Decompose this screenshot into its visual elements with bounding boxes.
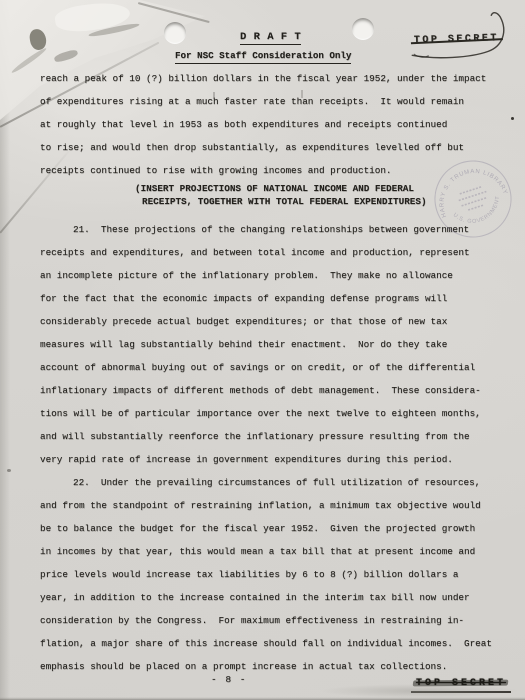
page-number: - 8 - <box>211 674 247 685</box>
document-page: D R A F T TOP SECRET For NSC Staff Consi… <box>0 0 525 700</box>
draft-heading: D R A F T <box>240 31 301 45</box>
text-line: be to balance the budget for the fiscal … <box>40 517 512 540</box>
top-secret-stamp-top: TOP SECRET <box>414 27 515 64</box>
text-line: and will substantially reenforce the inf… <box>40 425 512 448</box>
text-line: inflationary impacts of different method… <box>40 379 512 402</box>
subtitle-heading: For NSC Staff Consideration Only <box>175 50 351 64</box>
pencil-tick <box>301 90 303 98</box>
text-line: at roughly that level in 1953 as both ex… <box>40 113 512 136</box>
text-line: an incomplete picture of the inflationar… <box>40 264 512 287</box>
text-line: price levels would increase tax liabilit… <box>40 563 512 586</box>
text-line: account of abnormal buying out of saving… <box>40 356 512 379</box>
document-body: reach a peak of 10 (?) billion dollars i… <box>40 67 512 678</box>
text-line: to rise; and would then drop substantial… <box>40 136 512 159</box>
text-line: tions will be of particular importance o… <box>40 402 512 425</box>
text-line: very rapid rate of increase in governmen… <box>40 448 512 471</box>
text-line: of expenditures rising at a much faster … <box>40 90 512 113</box>
stamp-arc-bottom-text: U.S. GOVERNMENT <box>450 194 508 232</box>
text-line: and from the standpoint of restraining i… <box>40 494 512 517</box>
text-line: considerably precede actual budget expen… <box>40 310 512 333</box>
scan-smudge <box>320 684 520 698</box>
ink-speck <box>511 117 514 120</box>
text-line: flation, a major share of this increase … <box>40 632 512 655</box>
text-line: year, in addition to the increase contai… <box>40 586 512 609</box>
text-line: consideration by the Congress. For maxim… <box>40 609 512 632</box>
punch-hole-left <box>164 22 186 44</box>
text-line-paragraph-22: 22. Under the prevailing circumstances o… <box>40 471 512 494</box>
pencil-tick <box>213 92 215 99</box>
text-line: for the fact that the economic impacts o… <box>40 287 512 310</box>
svg-text:U.S. GOVERNMENT: U.S. GOVERNMENT <box>450 194 508 232</box>
text-line: in incomes by that year, this would mean… <box>40 540 512 563</box>
punch-hole-right <box>352 18 374 40</box>
text-line: measures will lag substantially behind t… <box>40 333 512 356</box>
stamp-illegible-center-lines <box>457 186 490 212</box>
text-line: reach a peak of 10 (?) billion dollars i… <box>40 67 512 90</box>
ink-speck <box>7 469 11 472</box>
pen-strikeout-mark <box>407 9 518 68</box>
